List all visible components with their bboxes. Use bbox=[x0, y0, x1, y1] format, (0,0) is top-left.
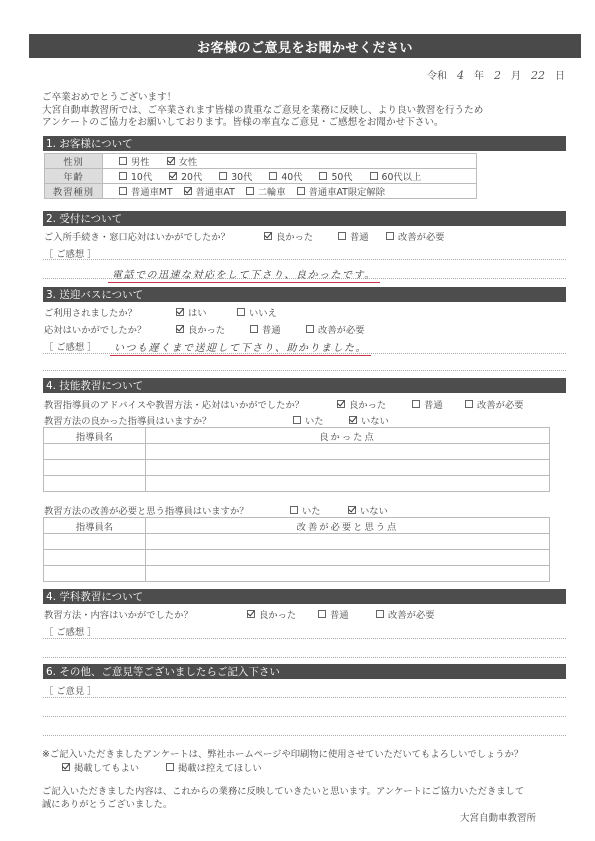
option-label: 50代 bbox=[331, 169, 352, 183]
bus-service-question: 応対はいかがでしたか？ bbox=[44, 322, 146, 336]
section-header-customer: 1. お客様について bbox=[43, 136, 566, 151]
improvement-points-cell[interactable] bbox=[146, 550, 550, 566]
option-label: 20代 bbox=[181, 169, 202, 183]
checkbox-icon bbox=[293, 416, 301, 424]
good-instructor-table: 指導員名 良かった点 bbox=[43, 427, 550, 492]
checkbox-classroom-normal[interactable]: 普通 bbox=[318, 607, 349, 621]
section-header-classroom-lessons: 4. 学科教習について bbox=[43, 589, 566, 604]
option-label: 二輪車 bbox=[258, 184, 286, 198]
checkbox-icon bbox=[166, 763, 174, 771]
section-header-other-comments: 6. その他、ご意見等ございましたらご記入下さい bbox=[43, 664, 566, 679]
option-label: 改善が必要 bbox=[318, 322, 365, 336]
table-row bbox=[44, 460, 550, 476]
checkbox-classroom-good[interactable]: 良かった bbox=[247, 607, 296, 621]
option-label: 良かった bbox=[349, 397, 386, 411]
column-header-improvement-points: 改善が必要と思う点 bbox=[146, 518, 550, 534]
comment-label: ［ ご感想 ］ bbox=[44, 246, 96, 260]
good-instructor-question: 教習方法の良かった指導員はいますか？ bbox=[44, 413, 211, 427]
checkbox-icon bbox=[376, 610, 384, 618]
checkbox-icon bbox=[319, 172, 327, 180]
checkbox-icon bbox=[297, 187, 305, 195]
age-options: 10代 20代 30代 40代 50代 60代以上 bbox=[103, 169, 477, 184]
checkbox-age-30s[interactable]: 30代 bbox=[219, 169, 252, 183]
checkbox-checked-icon bbox=[184, 187, 192, 195]
option-label: 掲載は控えてほしい bbox=[178, 760, 262, 774]
table-row bbox=[44, 476, 550, 492]
reception-comment-input[interactable]: 電話での迅速な対応をして下さり、良かったです。 bbox=[108, 263, 380, 282]
checkbox-reception-good[interactable]: 良かった bbox=[264, 229, 313, 243]
option-label: いない bbox=[360, 503, 388, 517]
other-comment-line[interactable] bbox=[43, 716, 566, 717]
checkbox-instructor-good[interactable]: 良かった bbox=[337, 397, 386, 411]
good-points-cell[interactable] bbox=[146, 460, 550, 476]
checkbox-classroom-needs-improvement[interactable]: 改善が必要 bbox=[376, 607, 435, 621]
table-row bbox=[44, 550, 550, 566]
option-label: 30代 bbox=[231, 169, 252, 183]
row-label: 性別 bbox=[45, 154, 103, 169]
checkbox-bus-needs-improvement[interactable]: 改善が必要 bbox=[306, 322, 365, 336]
section-header-reception: 2. 受付について bbox=[43, 211, 566, 226]
checkbox-motorcycle[interactable]: 二輪車 bbox=[246, 184, 286, 198]
row-label: 年齢 bbox=[45, 169, 103, 184]
checkbox-mt[interactable]: 普通車MT bbox=[119, 184, 173, 198]
form-title: お客様のご意見をお聞かせください bbox=[29, 34, 581, 58]
checkbox-good-instructor-yes[interactable]: いた bbox=[293, 413, 324, 427]
option-label: 女性 bbox=[179, 154, 198, 168]
checkbox-checked-icon bbox=[337, 400, 345, 408]
section-header-driving-lessons: 4. 技能教習について bbox=[43, 378, 566, 393]
other-comment-line[interactable] bbox=[43, 735, 566, 736]
good-points-cell[interactable] bbox=[146, 444, 550, 460]
checkbox-icon bbox=[412, 400, 420, 408]
checkbox-at-limit-removal[interactable]: 普通車AT限定解除 bbox=[297, 184, 385, 198]
option-label: 40代 bbox=[281, 169, 302, 183]
table-row-age: 年齢 10代 20代 30代 40代 50代 60代以上 bbox=[45, 169, 477, 184]
checkbox-instructor-needs-improvement[interactable]: 改善が必要 bbox=[465, 397, 524, 411]
table-row-course-type: 教習種別 普通車MT 普通車AT 二輪車 普通車AT限定解除 bbox=[45, 184, 477, 199]
classroom-question: 教習方法・内容はいかがでしたか？ bbox=[44, 607, 193, 621]
date-year-input[interactable]: 4 bbox=[451, 69, 470, 82]
checkbox-female[interactable]: 女性 bbox=[167, 154, 198, 168]
option-label: はい bbox=[188, 305, 207, 319]
ruled-line bbox=[43, 259, 566, 260]
checkbox-age-10s[interactable]: 10代 bbox=[119, 169, 152, 183]
gender-options: 男性 女性 bbox=[103, 154, 477, 169]
handwritten-comment: いつも遅くまで送迎して下さり、助かりました。 bbox=[110, 343, 371, 356]
option-label: 掲載してもよい bbox=[74, 760, 139, 774]
option-label: いた bbox=[302, 503, 321, 517]
instructor-name-cell[interactable] bbox=[44, 566, 146, 582]
option-label: 普通 bbox=[350, 229, 369, 243]
checkbox-age-20s[interactable]: 20代 bbox=[169, 169, 202, 183]
date-era: 令和 bbox=[427, 67, 447, 82]
instructor-name-cell[interactable] bbox=[44, 550, 146, 566]
option-label: 10代 bbox=[131, 169, 152, 183]
checkbox-icon bbox=[119, 157, 127, 165]
checkbox-age-60s-plus[interactable]: 60代以上 bbox=[370, 169, 422, 183]
ruled-line bbox=[43, 353, 566, 354]
bus-used-question: ご利用されましたか？ bbox=[44, 305, 137, 319]
checkbox-checked-icon bbox=[62, 763, 70, 771]
checkbox-checked-icon bbox=[247, 610, 255, 618]
ruled-line bbox=[43, 370, 566, 371]
date-day-unit: 日 bbox=[555, 67, 565, 82]
checkbox-good-instructor-no[interactable]: いない bbox=[349, 413, 389, 427]
instructor-question: 教習指導員のアドバイスや教習方法・応対はいかがでしたか？ bbox=[44, 397, 304, 411]
section-header-shuttle-bus: 3. 送迎バスについて bbox=[43, 287, 566, 302]
checkbox-icon bbox=[318, 610, 326, 618]
instructor-name-cell[interactable] bbox=[44, 476, 146, 492]
option-label: 男性 bbox=[131, 154, 150, 168]
date-field: 令和 4 年 2 月 22 日 bbox=[400, 67, 565, 82]
checkbox-checked-icon bbox=[176, 308, 184, 316]
checkbox-reception-needs-improvement[interactable]: 改善が必要 bbox=[386, 229, 445, 243]
instructor-name-cell[interactable] bbox=[44, 444, 146, 460]
closing-line: ご記入いただきました内容は、これからの業務に反映していきたいと思います。アンケー… bbox=[42, 785, 562, 798]
date-year-unit: 年 bbox=[474, 67, 484, 82]
intro-line: アンケートのご協力をお願いしております。皆様の率直なご意見・ご感想をお聞かせ下さ… bbox=[42, 117, 572, 130]
improvement-points-cell[interactable] bbox=[146, 534, 550, 550]
column-header-instructor-name: 指導員名 bbox=[44, 518, 146, 534]
checkbox-icon bbox=[370, 172, 378, 180]
option-label: 普通車MT bbox=[131, 184, 173, 198]
date-month-input[interactable]: 2 bbox=[488, 69, 507, 82]
date-day-input[interactable]: 22 bbox=[525, 69, 551, 82]
ruled-line bbox=[43, 278, 566, 279]
table-row bbox=[44, 534, 550, 550]
option-label: 60代以上 bbox=[382, 169, 422, 183]
good-points-cell[interactable] bbox=[146, 476, 550, 492]
option-label: 普通車AT限定解除 bbox=[309, 184, 385, 198]
option-label: 良かった bbox=[259, 607, 296, 621]
column-header-instructor-name: 指導員名 bbox=[44, 428, 146, 444]
improvement-points-cell[interactable] bbox=[146, 566, 550, 582]
comment-label: ［ ご感想 ］ bbox=[44, 339, 96, 353]
option-label: いない bbox=[361, 413, 389, 427]
intro-line: ご卒業おめでとうございます！ bbox=[42, 92, 572, 105]
checkbox-icon bbox=[269, 172, 277, 180]
option-label: 改善が必要 bbox=[477, 397, 524, 411]
option-label: 普通 bbox=[330, 607, 349, 621]
instructor-name-cell[interactable] bbox=[44, 534, 146, 550]
option-label: いいえ bbox=[249, 305, 277, 319]
checkbox-publish-ok[interactable]: 掲載してもよい bbox=[62, 760, 139, 774]
other-comment-line[interactable] bbox=[43, 697, 566, 698]
course-options: 普通車MT 普通車AT 二輪車 普通車AT限定解除 bbox=[103, 184, 477, 199]
checkbox-improve-instructor-no[interactable]: いない bbox=[348, 503, 388, 517]
checkbox-bus-yes[interactable]: はい bbox=[176, 305, 207, 319]
closing-message: ご記入いただきました内容は、これからの業務に反映していきたいと思います。アンケー… bbox=[42, 785, 562, 811]
checkbox-icon bbox=[119, 187, 127, 195]
checkbox-male[interactable]: 男性 bbox=[119, 154, 150, 168]
checkbox-bus-good[interactable]: 良かった bbox=[176, 322, 225, 336]
intro-line: 大宮自動車教習所では、ご卒業されます皆様の貴重なご意見を業務に反映し、より良い教… bbox=[42, 105, 572, 118]
checkbox-checked-icon bbox=[167, 157, 175, 165]
instructor-name-cell[interactable] bbox=[44, 460, 146, 476]
table-row-gender: 性別 男性 女性 bbox=[45, 154, 477, 169]
handwritten-comment: 電話での迅速な対応をして下さり、良かったです。 bbox=[108, 270, 380, 283]
checkbox-bus-no[interactable]: いいえ bbox=[237, 305, 277, 319]
intro-text: ご卒業おめでとうございます！ 大宮自動車教習所では、ご卒業されます皆様の貴重なご… bbox=[42, 92, 572, 130]
checkbox-bus-normal[interactable]: 普通 bbox=[250, 322, 281, 336]
checkbox-checked-icon bbox=[264, 232, 272, 240]
checkbox-checked-icon bbox=[348, 506, 356, 514]
option-label: 改善が必要 bbox=[398, 229, 445, 243]
checkbox-publish-decline[interactable]: 掲載は控えてほしい bbox=[166, 760, 262, 774]
option-label: 普通車AT bbox=[196, 184, 235, 198]
improve-instructor-question: 教習方法の改善が必要と思う指導員はいますか？ bbox=[44, 503, 249, 517]
checkbox-icon bbox=[119, 172, 127, 180]
checkbox-at[interactable]: 普通車AT bbox=[184, 184, 235, 198]
table-row bbox=[44, 444, 550, 460]
checkbox-icon bbox=[237, 308, 245, 316]
classroom-comment-line[interactable] bbox=[43, 657, 566, 658]
table-row bbox=[44, 566, 550, 582]
checkbox-icon bbox=[338, 232, 346, 240]
publish-permission-question: ※ご記入いただきましたアンケートは、弊社ホームページや印刷物に使用させていただい… bbox=[42, 746, 523, 760]
option-label: いた bbox=[305, 413, 324, 427]
classroom-comment-line[interactable] bbox=[43, 638, 566, 639]
checkbox-reception-normal[interactable]: 普通 bbox=[338, 229, 369, 243]
checkbox-icon bbox=[306, 325, 314, 333]
checkbox-icon bbox=[290, 506, 298, 514]
checkbox-age-50s[interactable]: 50代 bbox=[319, 169, 352, 183]
table-header-row: 指導員名 改善が必要と思う点 bbox=[44, 518, 550, 534]
option-label: 普通 bbox=[262, 322, 281, 336]
checkbox-checked-icon bbox=[176, 325, 184, 333]
date-month-unit: 月 bbox=[511, 67, 521, 82]
checkbox-checked-icon bbox=[169, 172, 177, 180]
checkbox-icon bbox=[386, 232, 394, 240]
reception-question: ご入所手続き・窓口応対はいかがでしたか？ bbox=[44, 229, 230, 243]
checkbox-icon bbox=[219, 172, 227, 180]
option-label: 改善が必要 bbox=[388, 607, 435, 621]
checkbox-icon bbox=[465, 400, 473, 408]
organization-name: 大宮自動車教習所 bbox=[460, 810, 536, 824]
column-header-good-points: 良かった点 bbox=[146, 428, 550, 444]
improve-instructor-table: 指導員名 改善が必要と思う点 bbox=[43, 517, 550, 582]
checkbox-checked-icon bbox=[349, 416, 357, 424]
checkbox-icon bbox=[250, 325, 258, 333]
row-label: 教習種別 bbox=[45, 184, 103, 199]
comment-label: ［ ご感想 ］ bbox=[44, 624, 96, 638]
checkbox-instructor-normal[interactable]: 普通 bbox=[412, 397, 443, 411]
checkbox-age-40s[interactable]: 40代 bbox=[269, 169, 302, 183]
option-label: 良かった bbox=[276, 229, 313, 243]
comment-label: ［ ご意見 ］ bbox=[44, 683, 96, 697]
option-label: 良かった bbox=[188, 322, 225, 336]
option-label: 普通 bbox=[424, 397, 443, 411]
checkbox-icon bbox=[246, 187, 254, 195]
customer-info-table: 性別 男性 女性 年齢 10代 20代 30代 40代 50代 60代以上 教習… bbox=[44, 153, 477, 199]
table-header-row: 指導員名 良かった点 bbox=[44, 428, 550, 444]
checkbox-improve-instructor-yes[interactable]: いた bbox=[290, 503, 321, 517]
